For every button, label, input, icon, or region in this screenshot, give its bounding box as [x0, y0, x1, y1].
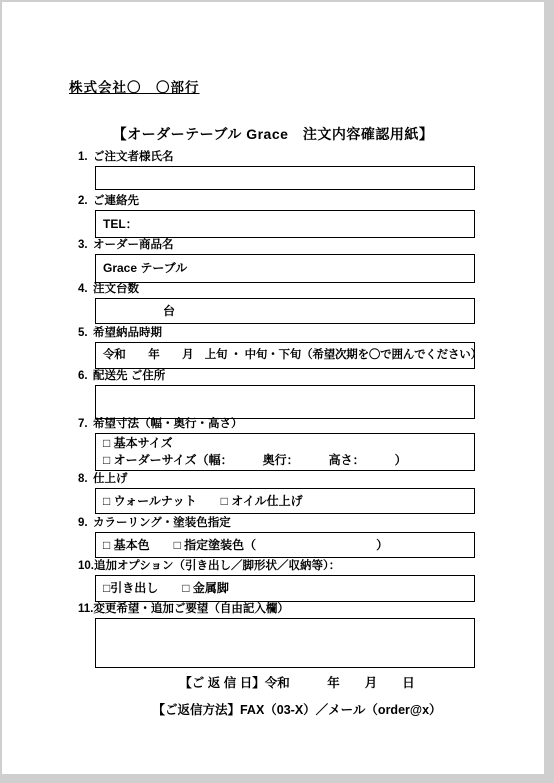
form-item: 3.オーダー商品名 Grace テーブル [78, 239, 480, 283]
item-number: 1. [78, 151, 93, 164]
item-label: 希望納品時期 [93, 327, 162, 339]
item-number: 3. [78, 239, 93, 252]
item-label-row: 3.オーダー商品名 [78, 239, 480, 252]
item-number: 6. [78, 370, 93, 383]
item-label-row: 11.変更希望・追加ご要望（自由記入欄） [78, 603, 480, 616]
reply-method-line: 【ご返信方法】FAX（03-X）／メール（order@x） [2, 700, 544, 718]
form-item: 4.注文台数 台 [78, 283, 480, 324]
form-item: 8.仕上げ □ ウォールナット □ オイル仕上げ [78, 473, 480, 514]
item-label: 注文台数 [93, 283, 139, 295]
box-line: □引き出し □ 金属脚 [96, 580, 474, 597]
item-fill-box: □ ウォールナット □ オイル仕上げ [95, 488, 475, 514]
item-label-row: 8.仕上げ [78, 473, 480, 486]
item-fill-box: □ 基本サイズ□ オーダーサイズ（幅： 奥行： 高さ： ） [95, 433, 475, 471]
item-number: 11. [78, 603, 93, 616]
item-label-row: 2.ご連絡先 [78, 195, 480, 208]
item-number: 5. [78, 327, 93, 340]
form-item: 2.ご連絡先 TEL： [78, 195, 480, 238]
box-line: □ 基本サイズ [96, 435, 474, 452]
form-item: 1.ご注文者様氏名 [78, 151, 480, 190]
item-fill-box: TEL： [95, 210, 475, 238]
document-viewport: 株式会社〇 〇部行 【オーダーテーブル Grace 注文内容確認用紙】 1.ご注… [0, 0, 554, 783]
item-label-row: 9.カラーリング・塗装色指定 [78, 517, 480, 530]
box-line: 令和 年 月 上旬 ・ 中旬・下旬（希望次期を〇で囲んでください） [96, 347, 474, 364]
item-fill-box [95, 385, 475, 419]
item-fill-box [95, 618, 475, 668]
form-item: 9.カラーリング・塗装色指定 □ 基本色 □ 指定塗装色（ ） [78, 517, 480, 558]
item-number: 10. [78, 560, 94, 573]
form-item: 11.変更希望・追加ご要望（自由記入欄） [78, 603, 480, 668]
item-label: ご注文者様氏名 [93, 151, 174, 163]
box-line: TEL： [96, 216, 474, 233]
item-label: 配送先 ご住所 [93, 370, 165, 382]
box-line: □ ウォールナット □ オイル仕上げ [96, 493, 474, 510]
item-fill-box: Grace テーブル [95, 254, 475, 283]
item-label: ご連絡先 [93, 195, 139, 207]
item-fill-box: 令和 年 月 上旬 ・ 中旬・下旬（希望次期を〇で囲んでください） [95, 342, 475, 369]
item-label-row: 10.追加オプション（引き出し／脚形状／収納等）： [78, 560, 480, 573]
item-number: 9. [78, 517, 93, 530]
item-label: オーダー商品名 [93, 239, 174, 251]
item-number: 4. [78, 283, 93, 296]
item-label-row: 7.希望寸法（幅・奥行・高さ） [78, 418, 480, 431]
item-label-row: 6.配送先 ご住所 [78, 370, 480, 383]
item-label: カラーリング・塗装色指定 [93, 517, 231, 529]
item-label: 追加オプション（引き出し／脚形状／収納等）： [94, 560, 340, 572]
box-line: 台 [96, 303, 474, 320]
box-line: Grace テーブル [96, 260, 474, 277]
item-label: 仕上げ [93, 473, 128, 485]
form-items: 1.ご注文者様氏名 2.ご連絡先 TEL： 3.オーダー商品名 Grace テー… [78, 2, 480, 774]
item-fill-box: 台 [95, 298, 475, 324]
item-number: 8. [78, 473, 93, 486]
reply-date-line: 【ご 返 信 日】令和 年 月 日 [2, 673, 544, 691]
form-item: 10.追加オプション（引き出し／脚形状／収納等）： □引き出し □ 金属脚 [78, 560, 480, 602]
document-page: 株式会社〇 〇部行 【オーダーテーブル Grace 注文内容確認用紙】 1.ご注… [2, 2, 544, 774]
item-fill-box: □引き出し □ 金属脚 [95, 575, 475, 602]
item-label: 変更希望・追加ご要望（自由記入欄） [93, 603, 289, 615]
item-fill-box [95, 166, 475, 190]
form-item: 6.配送先 ご住所 [78, 370, 480, 419]
item-fill-box: □ 基本色 □ 指定塗装色（ ） [95, 532, 475, 558]
form-item: 5.希望納品時期 令和 年 月 上旬 ・ 中旬・下旬（希望次期を〇で囲んでくださ… [78, 327, 480, 369]
box-line: □ 基本色 □ 指定塗装色（ ） [96, 537, 474, 554]
item-label-row: 5.希望納品時期 [78, 327, 480, 340]
item-label: 希望寸法（幅・奥行・高さ） [93, 418, 243, 430]
item-label-row: 1.ご注文者様氏名 [78, 151, 480, 164]
item-number: 2. [78, 195, 93, 208]
form-item: 7.希望寸法（幅・奥行・高さ） □ 基本サイズ□ オーダーサイズ（幅： 奥行： … [78, 418, 480, 471]
item-number: 7. [78, 418, 93, 431]
item-label-row: 4.注文台数 [78, 283, 480, 296]
box-line: □ オーダーサイズ（幅： 奥行： 高さ： ） [96, 452, 474, 469]
